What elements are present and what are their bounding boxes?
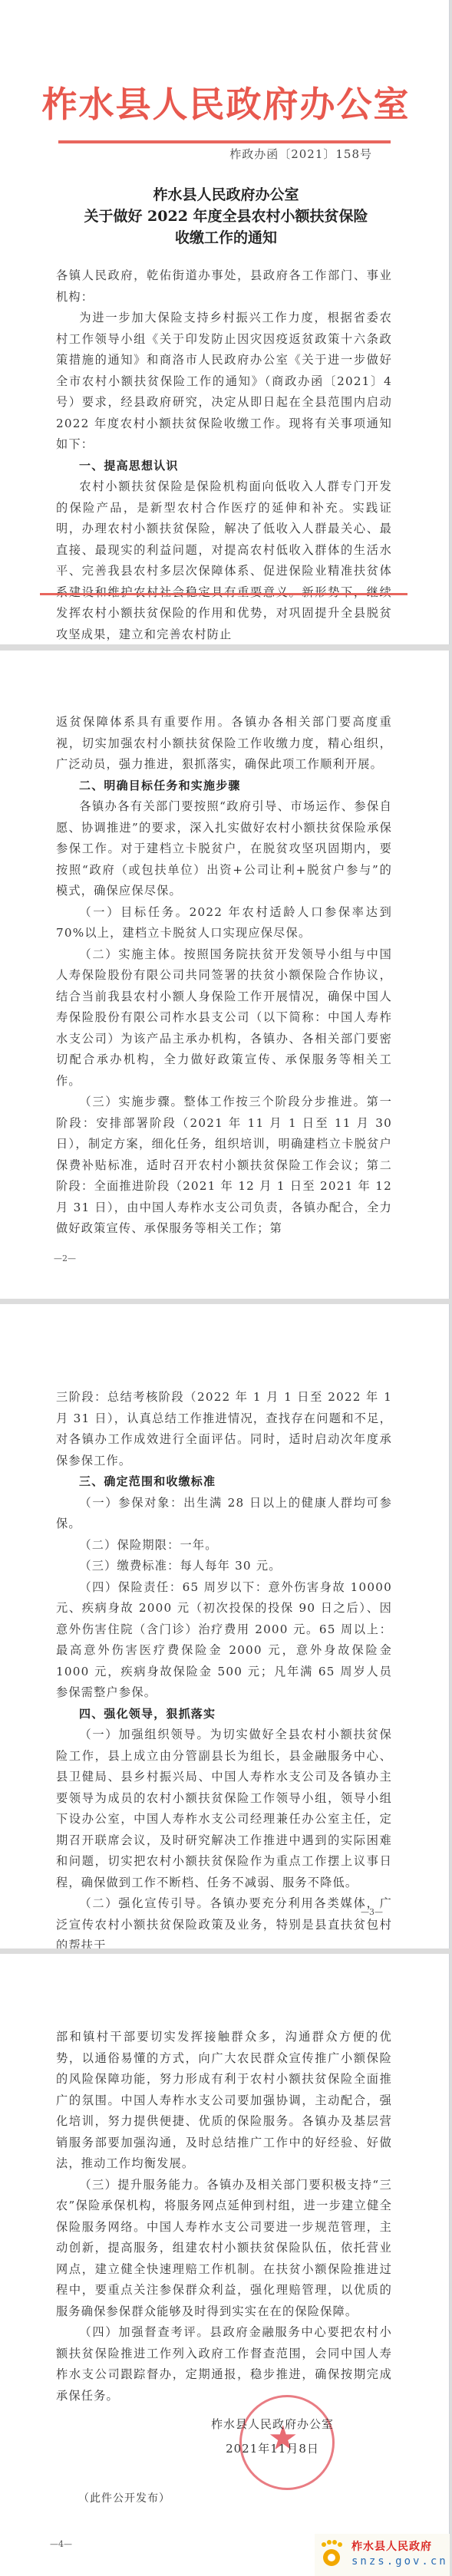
paw-logo-icon [319,2540,344,2568]
watermark-url: snzs.gov.cn [351,2555,448,2568]
watermark-name: 柞水县人民政府 [351,2538,432,2554]
section-2-item-1: （一）目标任务。2022 年农村适龄人口参保率达到 70%以上，建档立卡脱贫人口… [56,902,392,944]
section-heading-4: 四、强化领导，狠抓落实 [56,1704,392,1725]
title-line-3: 收缴工作的通知 [0,227,450,249]
section-heading-1: 一、提高思想认识 [56,456,392,477]
page-4: 部和镇村干部要切实发挥接触群众多，沟通群众方便的优势，以通俗易懂的方式，向广大农… [0,1954,450,2576]
page-2: 返贫保障体系具有重要作用。各镇办各相关部门要高度重视，切实加强农村小额扶贫保险工… [0,651,450,1299]
section-2-intro: 各镇办各有关部门要按照“政府引导、市场运作、参保自愿、协调推进”的要求，深入扎实… [56,796,392,902]
page-1: 柞水县人民政府办公室 柞政办函〔2021〕158号 柞水县人民政府办公室 关于做… [0,0,450,644]
section-4-item-4: （四）加强督查考评。县政府金融服务中心要把农村小额扶贫保险推进工作列入政府工作督… [56,2322,392,2406]
title-line-2: 关于做好 2022 年度全县农村小额扶贫保险 [0,206,450,227]
section-4-item-3: （三）提升服务能力。各镇办及相关部门要积极支持“三农”保险承保机构，将服务网点延… [56,2175,392,2323]
section-4-item-2: （二）强化宣传引导。各镇办要充分利用各类媒体，广泛宣传农村小额扶贫保险政策及业务… [56,1893,392,1948]
intro-paragraph: 为进一步加大保险支持乡村振兴工作力度，根据省委农村工作领导小组《关于印发防止因灾… [56,308,392,456]
signature-org: 柞水县人民政府办公室 [207,2412,338,2436]
section-2-item-3-cont: 三阶段：总结考核阶段（2022 年 1 月 1 日至 2022 年 1 月 31… [56,1387,392,1471]
red-header-rule [58,140,391,143]
page-4-body: 部和镇村干部要切实发挥接触群众多，沟通群众方便的优势，以通俗易懂的方式，向广大农… [56,2027,392,2406]
page-3-body: 三阶段：总结考核阶段（2022 年 1 月 1 日至 2022 年 1 月 31… [56,1387,392,1948]
section-2-item-2: （二）实施主体。按照国务院扶贫开发领导小组与中国人寿保险股份有限公司共同签署的扶… [56,944,392,1092]
section-2-item-3: （三）实施步骤。整体工作按三个阶段分步推进。第一阶段：安排部署阶段（2021 年… [56,1092,392,1240]
page-1-body: 各镇人民政府，乾佑街道办事处，县政府各工作部门、事业机构： 为进一步加大保险支持… [56,265,392,644]
section-heading-3: 三、确定范围和收缴标准 [56,1471,392,1493]
title-line-1: 柞水县人民政府办公室 [0,184,450,206]
section-3-item-4: （四）保险责任：65 周岁以下：意外伤害身故 10000 元、疾病身故 2000… [56,1577,392,1704]
page-number-4: —4— [50,2539,72,2549]
addressee: 各镇人民政府，乾佑街道办事处，县政府各工作部门、事业机构： [56,265,392,308]
page-2-body: 返贫保障体系具有重要作用。各镇办各相关部门要高度重视，切实加强农村小额扶贫保险工… [56,712,392,1240]
section-4-item-1: （一）加强组织领导。为切实做好全县农村小额扶贫保险工作，县上成立由分管副县长为组… [56,1724,392,1893]
section-3-item-3: （三）缴费标准：每人每年 30 元。 [56,1556,392,1577]
site-watermark: 柞水县人民政府 snzs.gov.cn [315,2534,450,2576]
section-4-item-2-cont: 部和镇村干部要切实发挥接触群众多，沟通群众方便的优势，以通俗易懂的方式，向广大农… [56,2027,392,2175]
section-1-paragraph-cont: 返贫保障体系具有重要作用。各镇办各相关部门要高度重视，切实加强农村小额扶贫保险工… [56,712,392,776]
section-3-item-1: （一）参保对象：出生满 28 日以上的健康人群均可参保。 [56,1493,392,1535]
page-3: 三阶段：总结考核阶段（2022 年 1 月 1 日至 2022 年 1 月 31… [0,1304,450,1948]
document-title: 柞水县人民政府办公室 关于做好 2022 年度全县农村小额扶贫保险 收缴工作的通… [0,184,450,249]
signature-date: 2021年11月8日 [207,2436,338,2461]
section-1-paragraph: 农村小额扶贫保险是保险机构面向低收入人群专门开发的保险产品，是新型农村合作医疗的… [56,476,392,644]
page-number-3: —3— [361,1907,383,1917]
red-header-title: 柞水县人民政府办公室 [0,83,450,126]
page-number-2: —2— [54,1253,76,1263]
public-release-note: （此件公开发布） [78,2490,170,2505]
red-footer-rule [40,593,407,595]
document-number: 柞政办函〔2021〕158号 [229,146,372,162]
section-3-item-2: （二）保险期限：一年。 [56,1535,392,1556]
section-heading-2: 二、明确目标任务和实施步骤 [56,776,392,797]
signature-block: 柞水县人民政府办公室 2021年11月8日 [207,2412,338,2461]
